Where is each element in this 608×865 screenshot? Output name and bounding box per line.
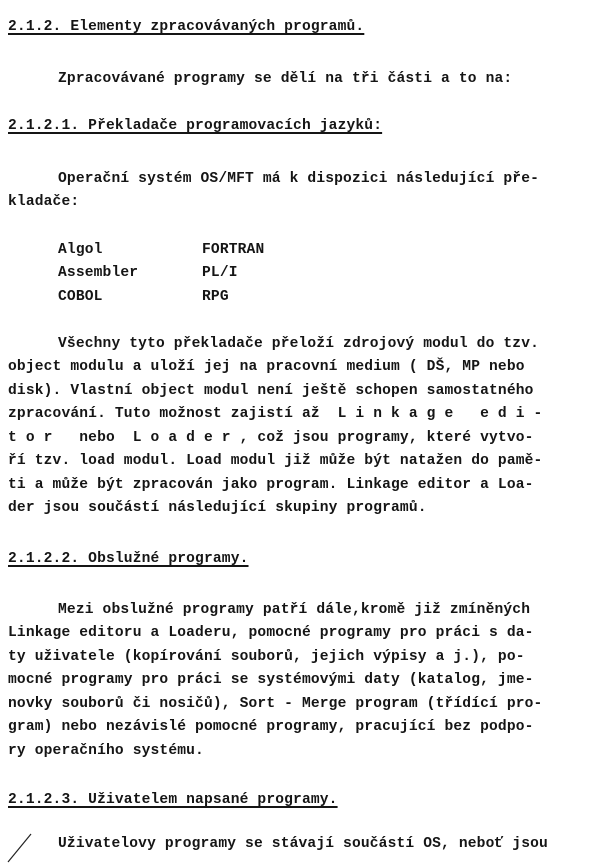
compiler-name: FORTRAN: [202, 240, 264, 260]
paragraph-line: object modulu a uloží jej na pracovní me…: [8, 357, 525, 377]
paragraph-line: der jsou součástí následující skupiny pr…: [8, 498, 427, 518]
paragraph-line: ry operačního systému.: [8, 741, 204, 761]
paragraph-line: Mezi obslužné programy patří dále,kromě …: [58, 600, 530, 620]
paragraph-line: Linkage editoru a Loaderu, pomocné progr…: [8, 623, 534, 643]
paragraph-line: Uživatelovy programy se stávají součástí…: [58, 834, 548, 854]
paragraph-line: Všechny tyto překladače přeloží zdrojový…: [58, 334, 539, 354]
paragraph-line: Operační systém OS/MFT má k dispozici ná…: [58, 169, 539, 189]
paragraph-line: mocné programy pro práci se systémovými …: [8, 670, 534, 690]
compiler-name: Assembler: [58, 263, 138, 283]
paragraph-line: t o r nebo L o a d e r , což jsou progra…: [8, 428, 534, 448]
compiler-name: Algol: [58, 240, 103, 260]
paragraph-line: zpracování. Tuto možnost zajistí až L i …: [8, 404, 542, 424]
intro-paragraph: Zpracovávané programy se dělí na tři čás…: [58, 69, 512, 89]
compiler-name: COBOL: [58, 287, 103, 307]
compiler-name: RPG: [202, 287, 229, 307]
paragraph-line: gram) nebo nezávislé pomocné programy, p…: [8, 717, 534, 737]
paragraph-line: kladače:: [8, 192, 79, 212]
paragraph-line: novky souborů či nosičů), Sort - Merge p…: [8, 694, 542, 714]
section-heading-2-1-2: 2.1.2. Elementy zpracovávaných programů.: [8, 17, 364, 37]
section-heading-2-1-2-2: 2.1.2.2. Obslužné programy.: [8, 549, 249, 569]
compiler-name: PL/I: [202, 263, 238, 283]
paragraph-line: ří tzv. load modul. Load modul již může …: [8, 451, 542, 471]
section-heading-2-1-2-3: 2.1.2.3. Uživatelem napsané programy.: [8, 790, 338, 810]
paragraph-line: ti a může být zpracován jako program. Li…: [8, 475, 534, 495]
paragraph-line: ty uživatele (kopírování souborů, jejich…: [8, 647, 525, 667]
margin-pen-mark-icon: [5, 833, 35, 863]
section-heading-2-1-2-1: 2.1.2.1. Překladače programovacích jazyk…: [8, 116, 382, 136]
paragraph-line: disk). Vlastní object modul není ještě s…: [8, 381, 534, 401]
